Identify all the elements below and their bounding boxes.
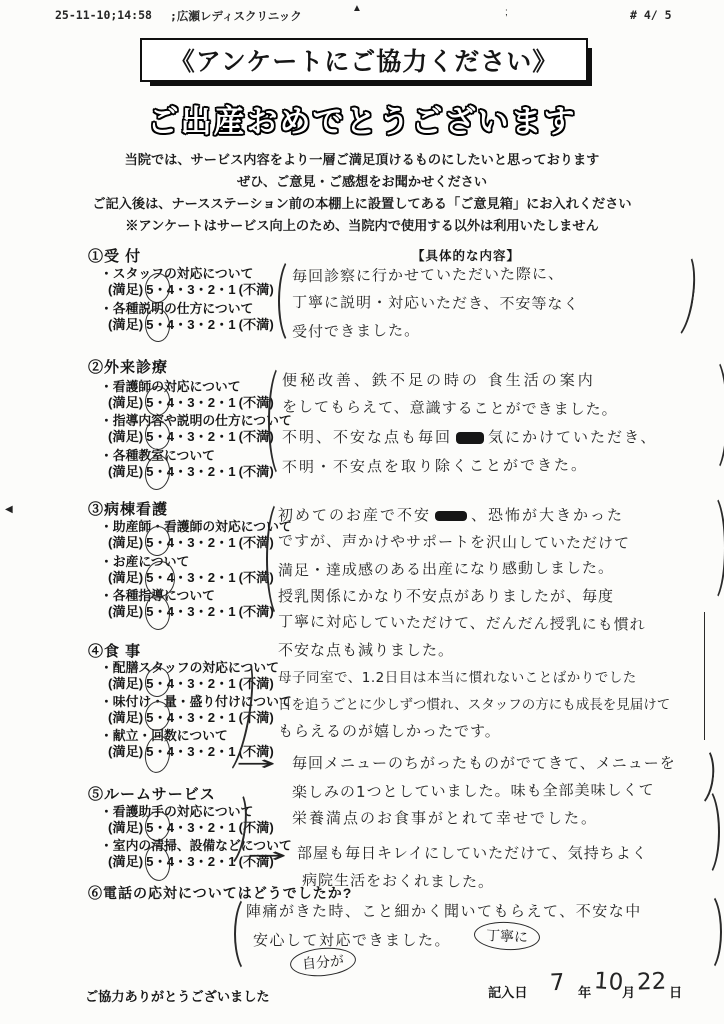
hand-line: 母子同室で、1.2日目は本当に慣れないことばかりでした bbox=[278, 666, 637, 686]
section-title: ②外来診療 bbox=[88, 356, 168, 377]
hand-line: 受付できました。 bbox=[292, 319, 420, 342]
hand-line: 初めてのお産で不安、恐怖が大きかった bbox=[278, 504, 624, 525]
hand-line: 毎回診察に行かせていただいた際に、 bbox=[292, 263, 564, 287]
hand-segment: 気にかけていただき、 bbox=[488, 428, 657, 446]
hand-arrow: → bbox=[236, 751, 276, 775]
hand-line: 病院生活をおくれました。 bbox=[302, 869, 494, 892]
scale-satisfied-label: (満足) bbox=[108, 535, 143, 550]
hand-bracket bbox=[698, 356, 724, 474]
hand-line: 日を追うごとに少しずつ慣れ、スタッフの方にも成長を見届けて bbox=[278, 693, 670, 713]
congratulations-heading: ご出産おめでとうございます bbox=[0, 96, 724, 141]
scale-unsatisfied-label: (不満) bbox=[239, 464, 274, 479]
hand-bracket bbox=[658, 248, 700, 341]
rating-scale: (満足)5・4・3・2・1(不満) bbox=[108, 314, 274, 333]
intro-line: ※アンケートはサービス向上のため、当院内で使用する以外は利用いたしません bbox=[0, 215, 724, 234]
intro-line: ご記入後は、ナースステーション前の本棚上に設置してある「ご意見箱」にお入れくださ… bbox=[0, 193, 724, 212]
hand-line: 不明・不安点を取り除くことができた。 bbox=[282, 454, 588, 477]
date-label: 記入日 bbox=[488, 982, 528, 1001]
scale-satisfied-label: (満足) bbox=[108, 429, 143, 444]
fax-sender: ;広瀬レディスクリニック bbox=[170, 8, 302, 24]
date-day-value: 22 bbox=[637, 968, 667, 995]
detail-column-header: 【具体的な内容】 bbox=[412, 246, 520, 264]
hand-line: 楽しみの1つとしていました。味も全部美味しくて bbox=[292, 779, 655, 803]
hand-line: 不安な点も減りました。 bbox=[278, 639, 454, 660]
hand-line: 不明、不安な点も毎回気にかけていただき、 bbox=[282, 426, 657, 447]
scale-satisfied-label: (満足) bbox=[108, 744, 143, 759]
hand-line: 丁寧に説明・対応いただき、不安等なく bbox=[292, 291, 580, 314]
scan-arrow-top-icon: ▲ bbox=[352, 3, 362, 14]
hand-line: ですが、声かけやサポートを沢山していただけて bbox=[278, 530, 630, 553]
scan-mark: ; bbox=[505, 7, 508, 18]
hand-line: 安心して対応できました。 bbox=[253, 929, 451, 950]
hand-line: 便秘改善、鉄不足の時の 食生活の案内 bbox=[282, 369, 596, 390]
date-year-value: 7 bbox=[549, 970, 565, 997]
survey-title-box: 《アンケートにご協力ください》 bbox=[140, 38, 588, 82]
thanks-message: ご協力ありがとうございました bbox=[85, 986, 270, 1005]
section-name: 外来診療 bbox=[104, 359, 168, 376]
scale-satisfied-label: (満足) bbox=[108, 604, 143, 619]
hand-segment: 不明、不安な点も毎回 bbox=[282, 428, 452, 446]
hand-line: 丁寧に対応していただけて、だんだん授乳にも慣れ bbox=[278, 610, 646, 634]
intro-line: ぜひ、ご意見・ご感想をお聞かせください bbox=[0, 171, 724, 190]
scale-satisfied-label: (満足) bbox=[108, 676, 143, 691]
scale-satisfied-label: (満足) bbox=[108, 395, 143, 410]
hand-line: をしてもらえて、意識することができました。 bbox=[282, 396, 618, 420]
scale-unsatisfied-label: (不満) bbox=[239, 604, 274, 619]
rating-scale: (満足)5・4・3・2・1(不満) bbox=[108, 532, 274, 551]
scribble-redaction bbox=[456, 432, 484, 444]
hand-line: 毎回メニューのちがったものがでてきて、メニューを bbox=[292, 752, 676, 773]
date-year-unit: 年 bbox=[578, 982, 591, 1001]
hand-bracket bbox=[690, 786, 720, 878]
survey-title: 《アンケートにご協力ください》 bbox=[170, 42, 559, 78]
scale-satisfied-label: (満足) bbox=[108, 854, 143, 869]
fax-timestamp: 25-11-10;14:58 bbox=[55, 8, 152, 22]
scale-satisfied-label: (満足) bbox=[108, 570, 143, 585]
rating-scale: (満足)5・4・3・2・1(不満) bbox=[108, 392, 274, 411]
hand-line: 授乳関係にかなり不安点がありましたが、毎度 bbox=[278, 585, 614, 606]
scale-satisfied-label: (満足) bbox=[108, 820, 143, 835]
scale-satisfied-label: (満足) bbox=[108, 710, 143, 725]
intro-line: 当院では、サービス内容をより一層ご満足頂けるものにしたいと思っております bbox=[0, 149, 724, 168]
rating-scale: (満足)5・4・3・2・1(不満) bbox=[108, 279, 274, 298]
date-month-unit: 月 bbox=[622, 982, 635, 1001]
hand-line: 栄養満点のお食事がとれて幸せでした。 bbox=[292, 807, 598, 828]
hand-bracket bbox=[696, 492, 724, 604]
hand-bracket bbox=[704, 612, 705, 740]
hand-segment: 初めてのお産で不安 bbox=[278, 506, 431, 524]
fax-page-number: # 4/ 5 bbox=[630, 8, 672, 22]
scribble-redaction bbox=[435, 511, 467, 521]
scan-arrow-left-icon: ◀ bbox=[5, 504, 13, 515]
scale-unsatisfied-label: (不満) bbox=[239, 282, 274, 297]
section-number: ⑥ bbox=[88, 885, 103, 901]
section-number: ② bbox=[88, 359, 104, 376]
hand-arrow: → bbox=[247, 843, 287, 867]
date-day-unit: 日 bbox=[669, 982, 682, 1001]
rating-scale: (満足)5・4・3・2・1(不満) bbox=[108, 601, 274, 620]
hand-line: 部屋も毎日キレイにしていただけて、気持ちよく bbox=[297, 842, 648, 863]
hand-segment: 、恐怖が大きかった bbox=[471, 506, 624, 524]
hand-insertion-circled: 自分が bbox=[289, 945, 357, 979]
rating-scale: (満足)5・4・3・2・1(不満) bbox=[108, 817, 274, 836]
hand-line: 陣痛がきた時、こと細かく聞いてもらえて、不安な中 bbox=[246, 900, 642, 921]
rating-scale: (満足)5・4・3・2・1(不満) bbox=[108, 426, 274, 445]
scale-satisfied-label: (満足) bbox=[108, 317, 143, 332]
scale-unsatisfied-label: (不満) bbox=[239, 317, 274, 332]
hand-line: 満足・達成感のある出産になり感動しました。 bbox=[278, 557, 614, 581]
hand-bracket bbox=[692, 891, 722, 973]
scanned-questionnaire-page: 25-11-10;14:58 ;広瀬レディスクリニック # 4/ 5 ▲ ; ◀… bbox=[0, 0, 724, 1024]
scale-satisfied-label: (満足) bbox=[108, 464, 143, 479]
rating-scale: (満足)5・4・3・2・1(不満) bbox=[108, 461, 274, 480]
date-month-value: 10 bbox=[593, 968, 624, 996]
hand-line: もらえるのが嬉しかったです。 bbox=[278, 720, 501, 741]
hand-insertion-circled: 丁寧に bbox=[473, 920, 540, 951]
scale-satisfied-label: (満足) bbox=[108, 282, 143, 297]
rating-scale: (満足)5・4・3・2・1(不満) bbox=[108, 567, 274, 586]
